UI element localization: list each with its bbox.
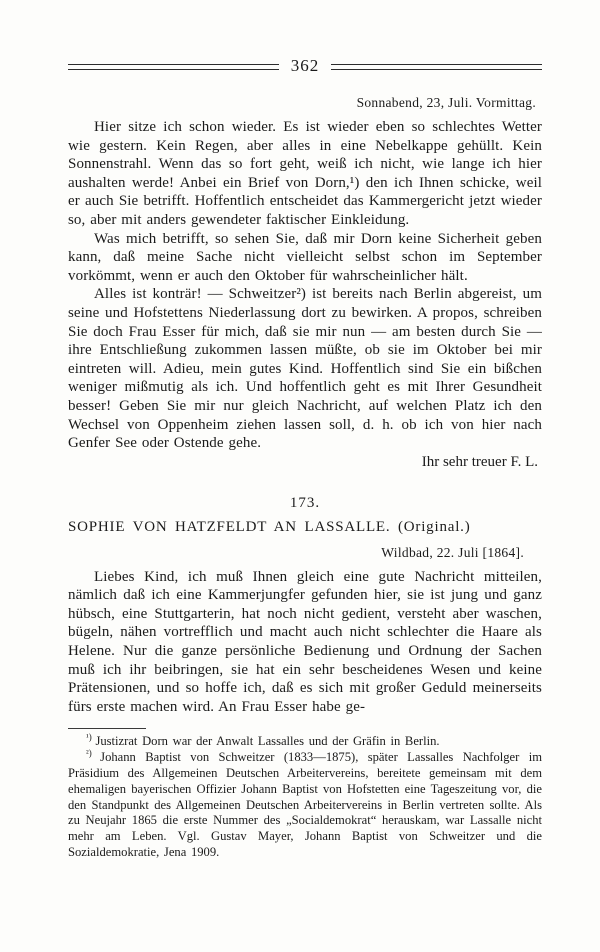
letter-signature: Ihr sehr treuer F. L. [68,454,542,471]
letter-paragraph: Liebes Kind, ich muß Ihnen gleich eine g… [68,568,542,717]
letter-dateline: Sonnabend, 23, Juli. Vormittag. [68,95,542,111]
footnote: ²) Johann Baptist von Schweitzer (1833—1… [68,750,542,861]
running-head: 362 [68,58,542,75]
header-rule-right [331,64,542,70]
footnote-separator [68,728,146,729]
book-page: 362 Sonnabend, 23, Juli. Vormittag. Hier… [0,0,600,952]
letter-paragraph: Was mich betrifft, so sehen Sie, daß mir… [68,230,542,286]
letter-paragraph: Hier sitze ich schon wieder. Es ist wied… [68,118,542,230]
footnote-text: Johann Baptist von Schweitzer (1833—1875… [68,750,542,859]
footnote-marker: ²) [86,748,100,758]
page-number: 362 [291,57,320,74]
letter-heading: SOPHIE VON HATZFELDT AN LASSALLE. (Origi… [68,519,542,536]
footnotes-block: ¹) Justizrat Dorn war der Anwalt Lassall… [68,728,542,860]
letter-dateline: Wildbad, 22. Juli [1864]. [68,545,542,561]
letter-173: 173. SOPHIE VON HATZFELDT AN LASSALLE. (… [68,495,542,717]
letter-paragraph: Alles ist konträr! — Schweitzer²) ist be… [68,285,542,452]
letter-172: Sonnabend, 23, Juli. Vormittag. Hier sit… [68,95,542,471]
footnote-text: Justizrat Dorn war der Anwalt Lassalles … [95,734,439,748]
footnote: ¹) Justizrat Dorn war der Anwalt Lassall… [68,734,542,750]
header-rule-left [68,64,279,70]
letter-number: 173. [68,495,542,512]
